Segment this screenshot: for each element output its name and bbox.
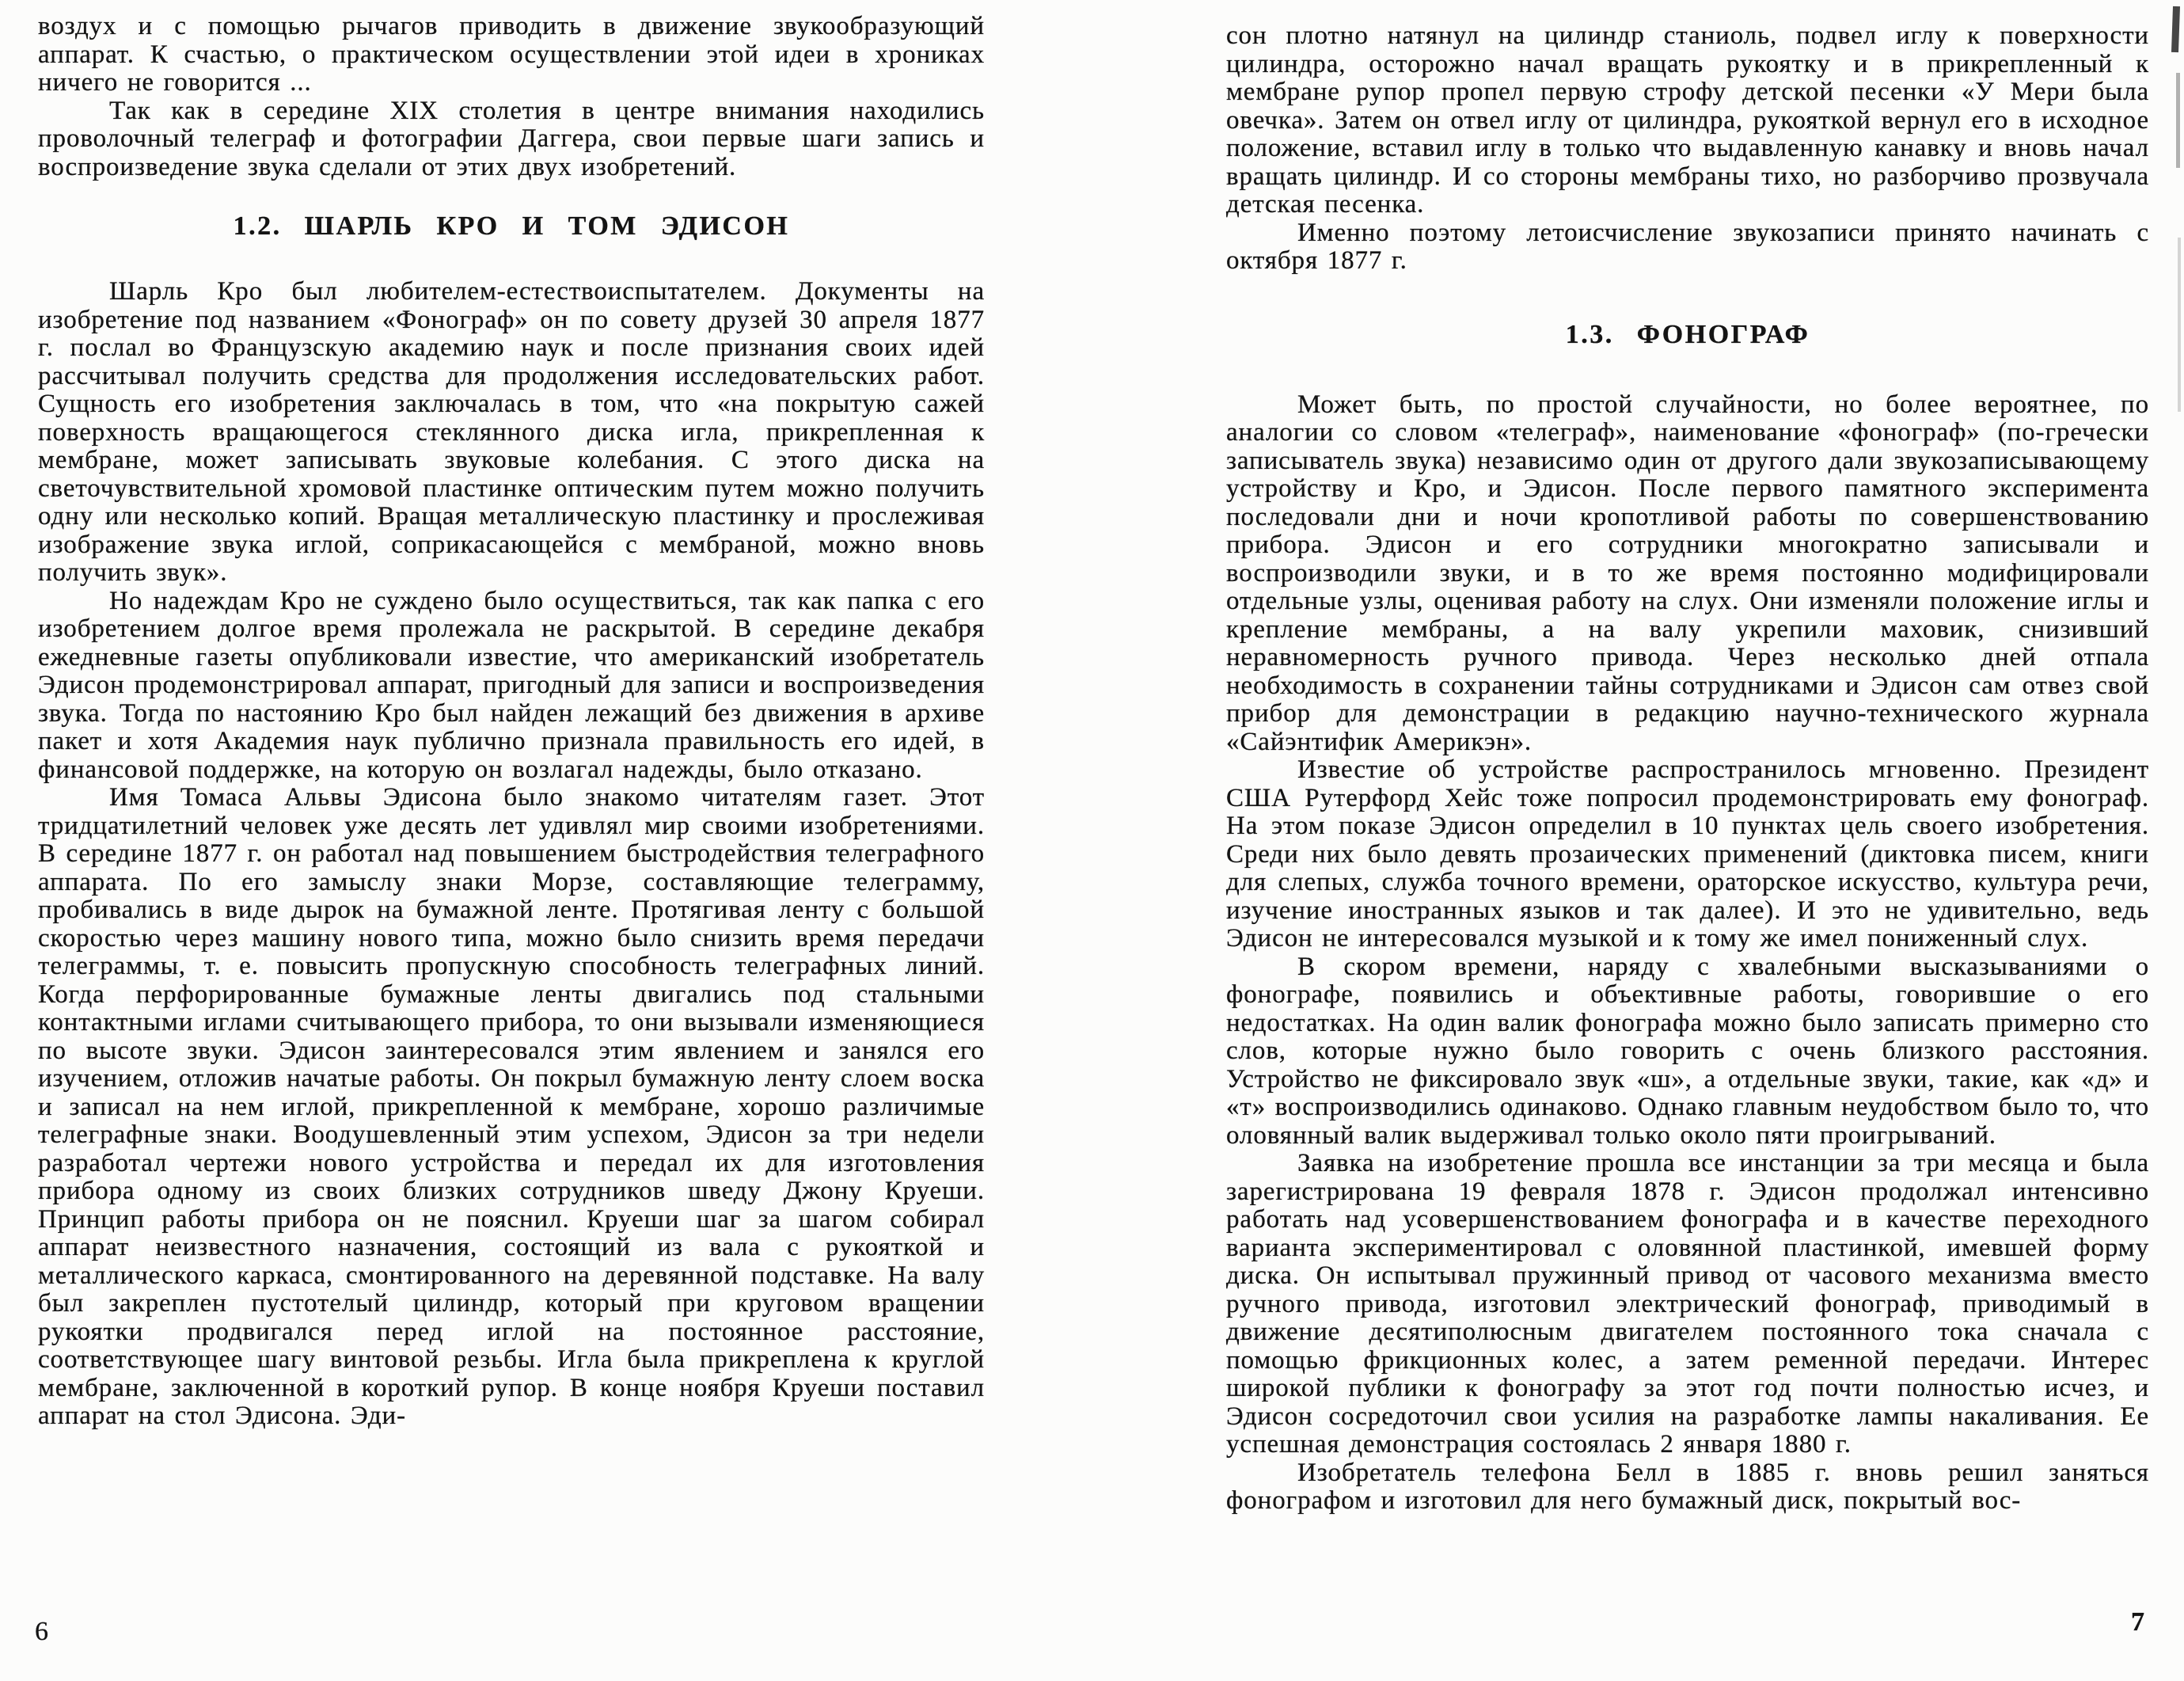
paragraph: Может быть, по простой случайности, но б… (1226, 391, 2149, 757)
page-left: воздух и с помощью рычагов приводить в д… (38, 0, 985, 1681)
scan-edge-artifact (2171, 6, 2180, 52)
page-number: 6 (35, 1617, 48, 1647)
scan-edge-artifact (2178, 238, 2181, 412)
paragraph: воздух и с помощью рычагов приводить в д… (38, 13, 985, 97)
paragraph: Так как в середине XIX столетия в центре… (38, 97, 985, 182)
section-heading-1-2: 1.2. ШАРЛЬ КРО И ТОМ ЭДИСОН (38, 211, 985, 242)
paragraph: Заявка на изобретение прошла все инстанц… (1226, 1150, 2149, 1459)
paragraph: Но надеждам Кро не суждено было осуществ… (38, 588, 985, 785)
paragraph: Имя Томаса Альвы Эдисона было знакомо чи… (38, 784, 985, 1431)
paragraph: Изобретатель телефона Белл в 1885 г. вно… (1226, 1459, 2149, 1516)
page-right: сон плотно натянул на цилиндр станиоль, … (1226, 0, 2149, 1681)
paragraph: Известие об устройстве распространилось … (1226, 756, 2149, 953)
page-number: 7 (2131, 1607, 2144, 1637)
scan-edge-artifact (2176, 73, 2180, 168)
paragraph: Шарль Кро был любителем-естествоиспытате… (38, 278, 985, 588)
section-heading-1-3: 1.3. ФОНОГРАФ (1226, 320, 2149, 350)
book-scan-spread: { "colors": { "paper": "#fcfcfb", "ink":… (0, 0, 2184, 1681)
paragraph: Именно поэтому летоисчисление звукозапис… (1226, 219, 2149, 276)
paragraph: В скором времени, наряду с хвалебными вы… (1226, 953, 2149, 1150)
paragraph: сон плотно натянул на цилиндр станиоль, … (1226, 22, 2149, 219)
